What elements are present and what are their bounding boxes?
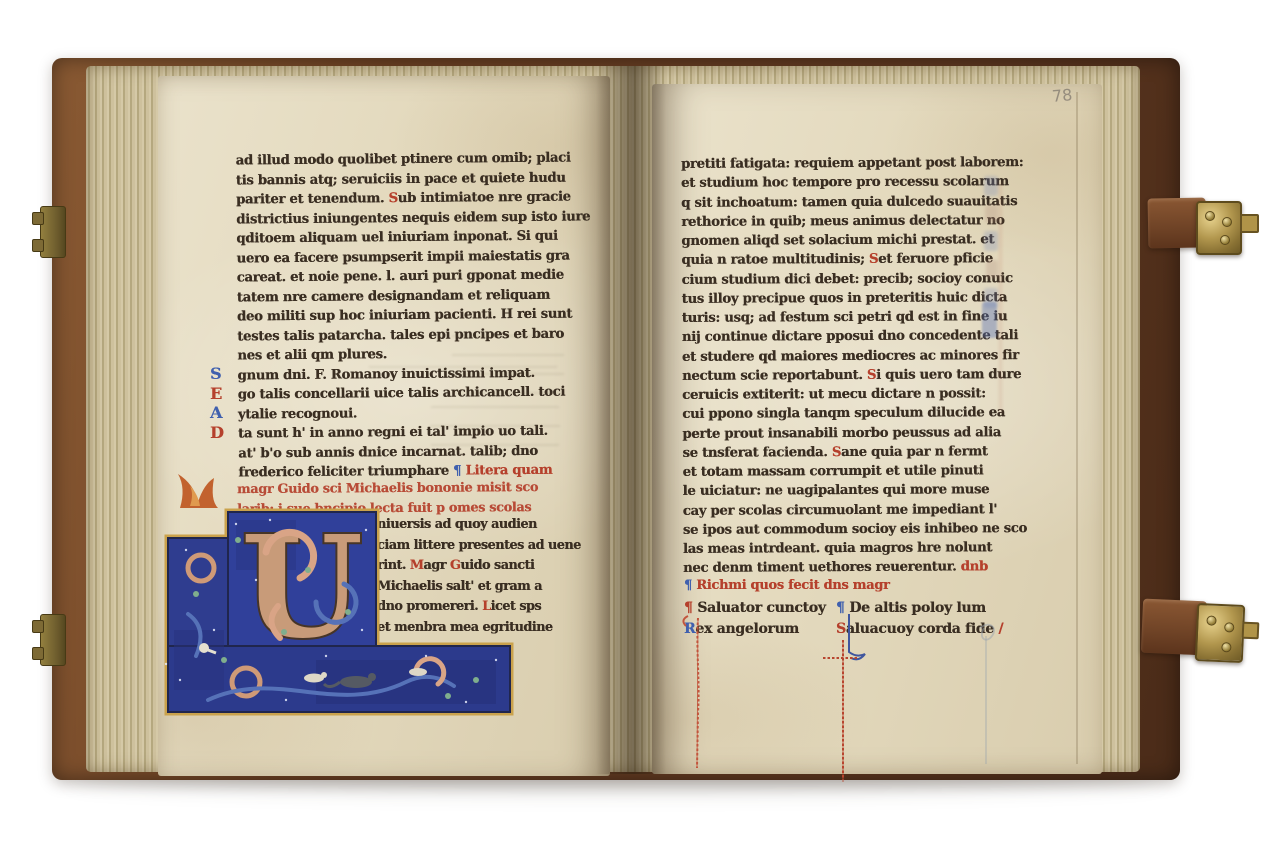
- show-through-mark: [984, 231, 998, 251]
- text-segment: magr Guido sci Michaelis bononie misit s…: [237, 480, 538, 497]
- text-segment: las meas intrdeant. quia magros hre nolu…: [683, 540, 992, 557]
- pen-flourishes: [660, 612, 1020, 797]
- text-line: gnomen aliqd set solacium michi prestat.…: [681, 230, 1013, 251]
- clasp-tongue-bottom: [1242, 622, 1260, 640]
- show-through-text: [430, 406, 560, 446]
- rivet: [1205, 211, 1215, 221]
- text-segment: perte prout insanabili morbo peussus ad …: [682, 425, 1001, 442]
- text-segment: uero ea facere psumpserit impii maiestat…: [236, 248, 569, 266]
- text-segment: et studere qd maiores mediocres ac minor…: [682, 348, 1019, 365]
- text-line: qditoem aliquam uel iniuriam inponat. Si…: [236, 227, 576, 249]
- text-segment: rethorice in quib; meus animus delectatu…: [681, 213, 1004, 230]
- text-line: quia n ratoe multitudinis; Set feruore p…: [681, 249, 1013, 270]
- text-segment: q sit inchoatum: tamen quia dulcedo suau…: [681, 194, 1017, 211]
- text-segment: turis: usq; ad festum sci petri qd est i…: [682, 309, 1008, 326]
- left-margin-initials: SEAD: [210, 364, 224, 442]
- catch-nub: [32, 239, 44, 252]
- clasp-buckle-bottom: [1195, 603, 1245, 663]
- text-line: pariter et tenendum. Sub intimiatoe nre …: [236, 188, 576, 210]
- text-line: deo militi sup hoc iniuriam pacienti. H …: [237, 305, 577, 327]
- text-segment: S: [867, 368, 876, 383]
- text-line: le uiciatur: ne uagipalantes qui more mu…: [683, 480, 1015, 501]
- text-segment: tatem nre camere designandam et reliquam: [237, 287, 550, 305]
- text-segment: S: [388, 191, 397, 206]
- catch-nub: [32, 212, 44, 225]
- manuscript-photo: 78 ad illud modo quolibet ptinere cum om…: [0, 0, 1280, 860]
- rivet: [1220, 235, 1230, 245]
- text-line: magr Guido sci Michaelis bononie misit s…: [237, 478, 567, 500]
- text-segment: deo militi sup hoc iniuriam pacienti. H …: [237, 307, 572, 325]
- text-segment: cium studium dici debet: precib; socioy …: [682, 271, 1013, 288]
- text-segment: ytalie recognoui.: [238, 406, 357, 422]
- text-segment: A: [210, 403, 222, 422]
- show-through-flourish: [999, 182, 1002, 412]
- text-line: cay per scolas circumuolant me impediant…: [683, 500, 1015, 521]
- text-line: rethorice in quib; meus animus delectatu…: [681, 211, 1013, 232]
- text-line: et studere qd maiores mediocres ac minor…: [682, 346, 1014, 367]
- text-line: nectum scie reportabunt. Si quis uero ta…: [682, 365, 1014, 386]
- text-line: tus illoy precipue quos in preteritis hu…: [682, 288, 1014, 309]
- text-segment: Richmi quos fecit dns magr: [696, 578, 889, 593]
- text-segment: pariter et tenendum.: [236, 191, 389, 207]
- text-line: perte prout insanabili morbo peussus ad …: [682, 423, 1014, 444]
- illuminated-initial-panel: U: [166, 510, 512, 714]
- text-segment: nec denm timent uethores reuerentur.: [683, 560, 961, 576]
- text-line: ceruicis extiterit: ut mecu dictare n po…: [682, 384, 1014, 405]
- clasp-buckle-top: [1196, 201, 1242, 255]
- text-segment: ad illud modo quolibet ptinere cum omib;…: [236, 151, 571, 169]
- text-line: E: [210, 384, 224, 404]
- text-segment: ceruicis extiterit: ut mecu dictare n po…: [682, 386, 986, 403]
- text-segment: Litera quam: [465, 463, 552, 479]
- text-segment: S: [210, 364, 222, 383]
- text-segment: nes et alii qm plures.: [237, 347, 387, 363]
- text-segment: districtius iniungentes nequis eidem sup…: [236, 209, 590, 227]
- text-line: ad illud modo quolibet ptinere cum omib;…: [236, 149, 576, 171]
- folio-number: 78: [1051, 85, 1073, 106]
- catch-nub: [32, 620, 44, 633]
- show-through-mark: [985, 205, 998, 223]
- text-line: S: [210, 364, 224, 384]
- text-line: nij continue dictare pposui dno conceden…: [682, 326, 1014, 347]
- text-line: ¶ Richmi quos fecit dns magr: [684, 576, 890, 596]
- text-segment: cay per scolas circumuolant me impediant…: [683, 502, 997, 519]
- text-line: cui ppono singla tanqm speculum dilucide…: [682, 403, 1014, 424]
- show-through-mark: [986, 260, 998, 278]
- text-segment: ¶: [453, 463, 466, 478]
- show-through-text: [368, 352, 558, 368]
- text-segment: nij continue dictare pposui dno conceden…: [682, 328, 1018, 345]
- text-segment: le uiciatur: ne uagipalantes qui more mu…: [683, 483, 990, 500]
- text-segment: gnomen aliqd set solacium michi prestat.…: [681, 232, 994, 249]
- text-line: D: [210, 423, 224, 443]
- text-segment: quia n ratoe multitudinis;: [681, 252, 869, 268]
- text-line: et totam massam corrumpit et utile pinut…: [683, 461, 1015, 482]
- show-through-mark: [984, 176, 998, 196]
- clasp-tongue-top: [1240, 214, 1259, 233]
- rivet: [1222, 217, 1232, 227]
- text-segment: cui ppono singla tanqm speculum dilucide…: [682, 405, 1005, 422]
- right-text-block: pretiti fatigata: requiem appetant post …: [681, 153, 1015, 578]
- text-segment: E: [210, 384, 222, 403]
- show-through-initial: [982, 302, 997, 338]
- text-segment: tus illoy precipue quos in preteritis hu…: [682, 290, 1007, 307]
- text-line: A: [210, 403, 224, 423]
- text-line: las meas intrdeant. quia magros hre nolu…: [683, 538, 1015, 559]
- catch-nub: [32, 647, 44, 660]
- text-line: et studium hoc tempore pro recessu scola…: [681, 172, 1013, 193]
- text-line: se tnsferat facienda. Sane quia par n fe…: [682, 442, 1014, 463]
- text-segment: ane quia par n fermt: [841, 444, 988, 460]
- text-line: cium studium dici debet: precib; socioy …: [681, 269, 1013, 290]
- text-segment: et totam massam corrumpit et utile pinut…: [683, 463, 984, 480]
- text-segment: pretiti fatigata: requiem appetant post …: [681, 155, 1023, 172]
- rivet: [1221, 642, 1231, 652]
- text-line: q sit inchoatum: tamen quia dulcedo suau…: [681, 192, 1013, 213]
- text-line: pretiti fatigata: requiem appetant post …: [681, 153, 1013, 174]
- text-segment: S: [869, 252, 878, 267]
- text-segment: tis bannis atq; seruiciis in pace et qui…: [236, 170, 566, 188]
- text-segment: dnb: [961, 560, 988, 575]
- right-rubric: ¶ Richmi quos fecit dns magr: [684, 576, 890, 596]
- text-segment: et studium hoc tempore pro recessu scola…: [681, 174, 1009, 191]
- illuminated-letter: U: [241, 506, 363, 670]
- text-segment: qditoem aliquam uel iniuriam inponat. Si…: [236, 229, 557, 247]
- text-segment: ub intimiatoe nre gracie: [398, 190, 571, 207]
- text-segment: et feruore pficie: [878, 251, 993, 267]
- clasp-catch-bottom: [40, 614, 66, 666]
- text-segment: ¶: [684, 578, 696, 593]
- text-line: turis: usq; ad festum sci petri qd est i…: [682, 307, 1014, 328]
- text-segment: D: [210, 423, 224, 442]
- right-page-fold-line: [1076, 92, 1078, 764]
- clasp-catch-top: [40, 206, 66, 258]
- rivet: [1206, 615, 1216, 625]
- text-segment: at' b'o sub annis dnice incarnat. talib;…: [238, 443, 538, 461]
- rivet: [1224, 622, 1234, 632]
- text-segment: careat. et noie pene. l. auri puri gpona…: [237, 268, 564, 286]
- text-segment: se ipos aut commodum socioy eis inhibeo …: [683, 521, 1027, 538]
- text-line: se ipos aut commodum socioy eis inhibeo …: [683, 519, 1015, 540]
- text-segment: nectum scie reportabunt.: [682, 368, 867, 384]
- text-line: careat. et noie pene. l. auri puri gpona…: [237, 266, 577, 288]
- text-segment: se tnsferat facienda.: [682, 445, 831, 461]
- text-segment: S: [832, 445, 841, 460]
- gutter-shadow: [596, 66, 666, 774]
